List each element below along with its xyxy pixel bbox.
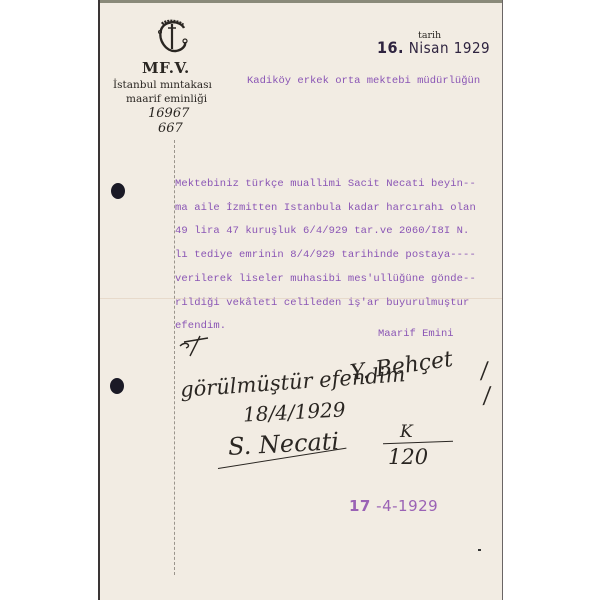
- paper-top-edge: [100, 0, 502, 3]
- initial-mark: [178, 332, 218, 364]
- reference-number-1: 16967: [148, 106, 189, 121]
- fraction-bar: [383, 441, 453, 444]
- date-stamp-day: 16.: [377, 38, 404, 57]
- org-line-2: maarif eminliği: [126, 93, 207, 105]
- letter-page: MF.V. İstanbul mıntakası maarif eminliği…: [98, 0, 503, 600]
- body-line: lı tediye emrinin 8/4/929 tarihinde post…: [175, 249, 476, 261]
- date-stamp-rest: Nisan 1929: [409, 39, 490, 57]
- body-line: ma aile İzmitten Istanbula kadar harcıra…: [175, 202, 476, 214]
- org-code: MF.V.: [142, 59, 190, 77]
- org-line-1: İstanbul mıntakası: [113, 79, 212, 91]
- body-line: Mektebiniz türkçe muallimi Sacit Necati …: [175, 178, 476, 190]
- punch-hole-top: [111, 183, 125, 199]
- reference-number-2: 667: [158, 121, 183, 136]
- monogram-emblem-icon: [152, 16, 192, 56]
- received-stamp-rest: -4-1929: [376, 497, 438, 515]
- body-line: efendim.: [175, 320, 226, 332]
- body-line: 49 lira 47 kuruşluk 6/4/929 tar.ve 2060/…: [175, 225, 469, 237]
- received-stamp-day: 17: [349, 497, 371, 515]
- body-line: verilerek liseler muhasibi mes'ullüğüne …: [175, 273, 476, 285]
- handwritten-signer: S. Necati: [227, 427, 339, 461]
- date-stamp: 16. Nisan 1929: [377, 38, 490, 57]
- signature-title: Maarif Emini: [378, 328, 454, 340]
- fraction-bottom: 120: [388, 445, 428, 469]
- received-date-stamp: 17 -4-1929: [349, 497, 438, 515]
- punch-hole-bottom: [110, 378, 124, 394]
- body-line: rildiği vekâleti celileden iş'ar buyurul…: [175, 297, 469, 309]
- slash-marks: / /: [479, 357, 504, 409]
- recipient-line: Kadiköy erkek orta mektebi müdürlüğün: [247, 75, 480, 87]
- handwritten-note: görülmüştür efendim: [179, 362, 406, 402]
- fraction-top: K: [400, 422, 413, 442]
- handwritten-note-date: 18/4/1929: [242, 397, 346, 426]
- paper-speck: [478, 549, 481, 551]
